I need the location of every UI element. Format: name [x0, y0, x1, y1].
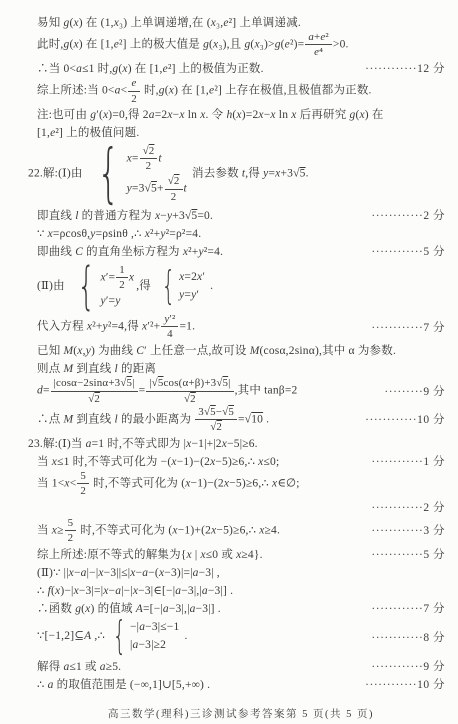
sqrt-radical: √2 [184, 393, 196, 405]
solution-line: 解得 a≤1 或 a≥5.············9 分 [37, 657, 445, 674]
sqrt-radical: √5 [145, 183, 157, 195]
fraction: e2 [128, 77, 140, 104]
curly-brace: { [97, 142, 120, 206]
equation-system: {x=√22ty=3√5+√22t [88, 142, 187, 206]
answer-sheet-page: 易知 g(x) 在 (1,x₃) 上单调递增,在 (x₃,e²] 上单调递减.此… [0, 0, 458, 724]
score-marker: ············2 分 [365, 499, 445, 515]
score-marker: ·········9 分 [378, 383, 445, 399]
score-marker: ············8 分 [365, 629, 445, 645]
score-marker: ············9 分 [365, 658, 445, 674]
line-content: 当 1<x<52 时,不等式可化为 (x−1)−(2x−5)≥6,∴ x∈∅; [37, 470, 300, 497]
line-content: 综上所述:当 0<a<e2 时,g(x) 在 [1,e²] 上存在极值,且极值都… [37, 77, 372, 104]
line-content: 注:也可由 g′(x)=0,得 2a=2x−x ln x. 令 h(x)=2x−… [37, 106, 384, 122]
fraction: 12 [116, 264, 128, 291]
sqrt-radical: √5 [222, 406, 234, 418]
solution-line: 即曲线 C 的直角坐标方程为 x²+y²=4.············5 分 [37, 243, 445, 260]
line-content: 23.解:(Ⅰ)当 a=1 时,不等式即为 |x−1|+|2x−5|≥6. [28, 435, 258, 451]
line-content: 综上所述:原不等式的解集为{x | x≤0 或 x≥4}. [37, 546, 263, 562]
solution-line: 综上所述:当 0<a<e2 时,g(x) 在 [1,e²] 上存在极值,且极值都… [37, 77, 445, 104]
curly-brace: { [162, 267, 176, 306]
line-content: (Ⅱ)由 {x′=12xy′=y,得 {x=2x′y=y′ . [37, 261, 213, 312]
sqrt-radical: √5 [216, 377, 228, 389]
sqrt-radical: √2 [88, 393, 100, 405]
score-marker: ············5 分 [365, 546, 445, 562]
equation-system: {x′=12xy′=y [70, 261, 134, 312]
line-content: 22.解:(Ⅰ)由 {x=√22ty=3√5+√22t 消去参数 t,得 y=x… [28, 142, 309, 206]
line-content: 易知 g(x) 在 (1,x₃) 上单调递增,在 (x₃,e²] 上单调递减. [37, 14, 301, 30]
sqrt-radical: √5 [152, 377, 164, 389]
score-marker: ············1 分 [365, 453, 445, 469]
fraction: a+e²e⁴ [305, 31, 332, 58]
line-content: ∴当 0<a≤1 时,g(x) 在 [1,e²] 上的极值为正数. [37, 60, 264, 76]
solution-line: ∵[−1,2]⊆A ,∴{−|a−3|≤−1|a−3|≥2 .·········… [37, 617, 445, 656]
fraction: y′²4 [161, 313, 178, 340]
curly-brace: { [77, 261, 95, 312]
score-marker: ············10 分 [359, 676, 445, 692]
solution-line: d=|cosα−2sinα+3√5|√2=|√5cos(α+β)+3√5|√2,… [37, 377, 445, 404]
solution-line: 代入方程 x²+y²=4,得 x′²+y′²4=1.············7 … [37, 313, 445, 340]
solution-line: ∴函数 g(x) 的值域 A=[−|a−3|,|a−3|] .·········… [37, 599, 445, 616]
fraction: 3√5−√5√2 [195, 406, 237, 433]
solution-line: 当 x≤1 时,不等式可化为 −(x−1)−(2x−5)≥6,∴ x≤0;···… [37, 452, 445, 469]
sqrt-radical: √5 [293, 168, 305, 180]
solution-line: ∵ x=ρcosθ,y=ρsinθ ,∴ x²+y²=ρ²=4. [37, 225, 445, 242]
score-marker: ············5 分 [365, 243, 445, 259]
fraction: 52 [65, 517, 77, 544]
fraction: √22 [140, 145, 158, 172]
sqrt-radical: √10 [245, 413, 263, 425]
fraction: |cosα−2sinα+3√5|√2 [51, 377, 138, 404]
sqrt-radical: √5 [120, 377, 132, 389]
curly-brace: { [113, 617, 127, 656]
line-content: [1,e²] 上的极值问题. [37, 124, 139, 140]
solution-lines: 易知 g(x) 在 (1,x₃) 上单调递增,在 (x₃,e²] 上单调递减.此… [37, 13, 445, 692]
line-content: 解得 a≤1 或 a≥5. [37, 658, 121, 674]
score-marker: ············7 分 [365, 319, 445, 335]
fraction: 52 [77, 470, 89, 497]
sqrt-radical: √2 [143, 145, 155, 157]
solution-line: ∴ a 的取值范围是 (−∞,1]∪[5,+∞) .············10… [37, 675, 445, 692]
solution-line: 当 1<x<52 时,不等式可化为 (x−1)−(2x−5)≥6,∴ x∈∅; [37, 470, 445, 497]
line-content: ∴ f(x)−|x−3|=|x−a|−|x−3|∈[−|a−3|,|a−3|] … [37, 583, 233, 597]
score-marker: ············10 分 [359, 411, 445, 427]
sqrt-radical: √5 [204, 406, 216, 418]
line-content: ∵[−1,2]⊆A ,∴{−|a−3|≤−1|a−3|≥2 . [37, 617, 188, 656]
equation-system: {−|a−3|≤−1|a−3|≥2 [107, 617, 179, 656]
solution-line: ∴ f(x)−|x−3|=|x−a|−|x−3|∈[−|a−3|,|a−3|] … [37, 581, 445, 598]
fraction: |√5cos(α+β)+3√5|√2 [146, 377, 233, 404]
page-footer: 高三数学(理科)三诊测试参考答案第 5 页(共 5 页) [37, 706, 445, 721]
line-content: 当 x≥52 时,不等式可化为 (x−1)+(2x−5)≥6,∴ x≥4. [37, 517, 280, 544]
sqrt-radical: √5 [185, 210, 197, 222]
solution-line: 已知 M(x,y) 为曲线 C′ 上任意一点,故可设 M(cosα,2sinα)… [37, 341, 445, 358]
line-content: ∴函数 g(x) 的值域 A=[−|a−3|,|a−3|] . [37, 600, 221, 616]
solution-line: 易知 g(x) 在 (1,x₃) 上单调递增,在 (x₃,e²] 上单调递减. [37, 13, 445, 30]
line-content: (Ⅱ)∵ ||x−a|−|x−3||≤|x−a−(x−3)|=|a−3| , [37, 565, 220, 579]
line-content: 即直线 l 的普通方程为 x−y+3√5=0. [37, 207, 213, 223]
solution-line: 注:也可由 g′(x)=0,得 2a=2x−x ln x. 令 h(x)=2x−… [37, 106, 445, 123]
line-content: ∴ a 的取值范围是 (−∞,1]∪[5,+∞) . [37, 676, 210, 692]
line-content: ∴点 M 到直线 l 的最小距离为 3√5−√5√2=√10 . [37, 406, 269, 433]
line-content: d=|cosα−2sinα+3√5|√2=|√5cos(α+β)+3√5|√2,… [37, 377, 297, 404]
line-content: 当 x≤1 时,不等式可化为 −(x−1)−(2x−5)≥6,∴ x≤0; [37, 453, 279, 469]
fraction: √22 [165, 175, 183, 202]
score-marker: ············3 分 [365, 522, 445, 538]
solution-line: 此时,g(x) 在 [1,e²] 上的极大值是 g(x₃),且 g(x₃)>g(… [37, 31, 445, 58]
sqrt-radical: √2 [168, 175, 180, 187]
solution-line: 综上所述:原不等式的解集为{x | x≤0 或 x≥4}.···········… [37, 545, 445, 562]
line-content: 即曲线 C 的直角坐标方程为 x²+y²=4. [37, 243, 223, 259]
solution-line: 23.解:(Ⅰ)当 a=1 时,不等式即为 |x−1|+|2x−5|≥6. [28, 434, 445, 451]
line-content: 代入方程 x²+y²=4,得 x′²+y′²4=1. [37, 313, 195, 340]
score-marker: ············2 分 [365, 207, 445, 223]
solution-line: ∴当 0<a≤1 时,g(x) 在 [1,e²] 上的极值为正数.·······… [37, 59, 445, 76]
solution-line: 当 x≥52 时,不等式可化为 (x−1)+(2x−5)≥6,∴ x≥4.···… [37, 517, 445, 544]
line-content: ∵ x=ρcosθ,y=ρsinθ ,∴ x²+y²=ρ²=4. [37, 226, 201, 240]
solution-line: 则点 M 到直线 l 的距离 [37, 359, 445, 376]
equation-system: {x=2x′y=y′ [156, 267, 205, 306]
score-marker: ············12 分 [359, 60, 445, 76]
sqrt-radical: √2 [210, 421, 222, 433]
solution-line: (Ⅱ)∵ ||x−a|−|x−3||≤|x−a−(x−3)|=|a−3| , [37, 563, 445, 580]
solution-line: (Ⅱ)由 {x′=12xy′=y,得 {x=2x′y=y′ . [37, 261, 445, 312]
solution-line: 22.解:(Ⅰ)由 {x=√22ty=3√5+√22t 消去参数 t,得 y=x… [28, 142, 445, 206]
line-content: 此时,g(x) 在 [1,e²] 上的极大值是 g(x₃),且 g(x₃)>g(… [37, 31, 349, 58]
line-content: 则点 M 到直线 l 的距离 [37, 360, 156, 376]
solution-line: ∴点 M 到直线 l 的最小距离为 3√5−√5√2=√10 .········… [37, 406, 445, 433]
solution-line: ············2 分 [37, 499, 445, 516]
score-marker: ············7 分 [365, 600, 445, 616]
line-content: 已知 M(x,y) 为曲线 C′ 上任意一点,故可设 M(cosα,2sinα)… [37, 342, 396, 358]
